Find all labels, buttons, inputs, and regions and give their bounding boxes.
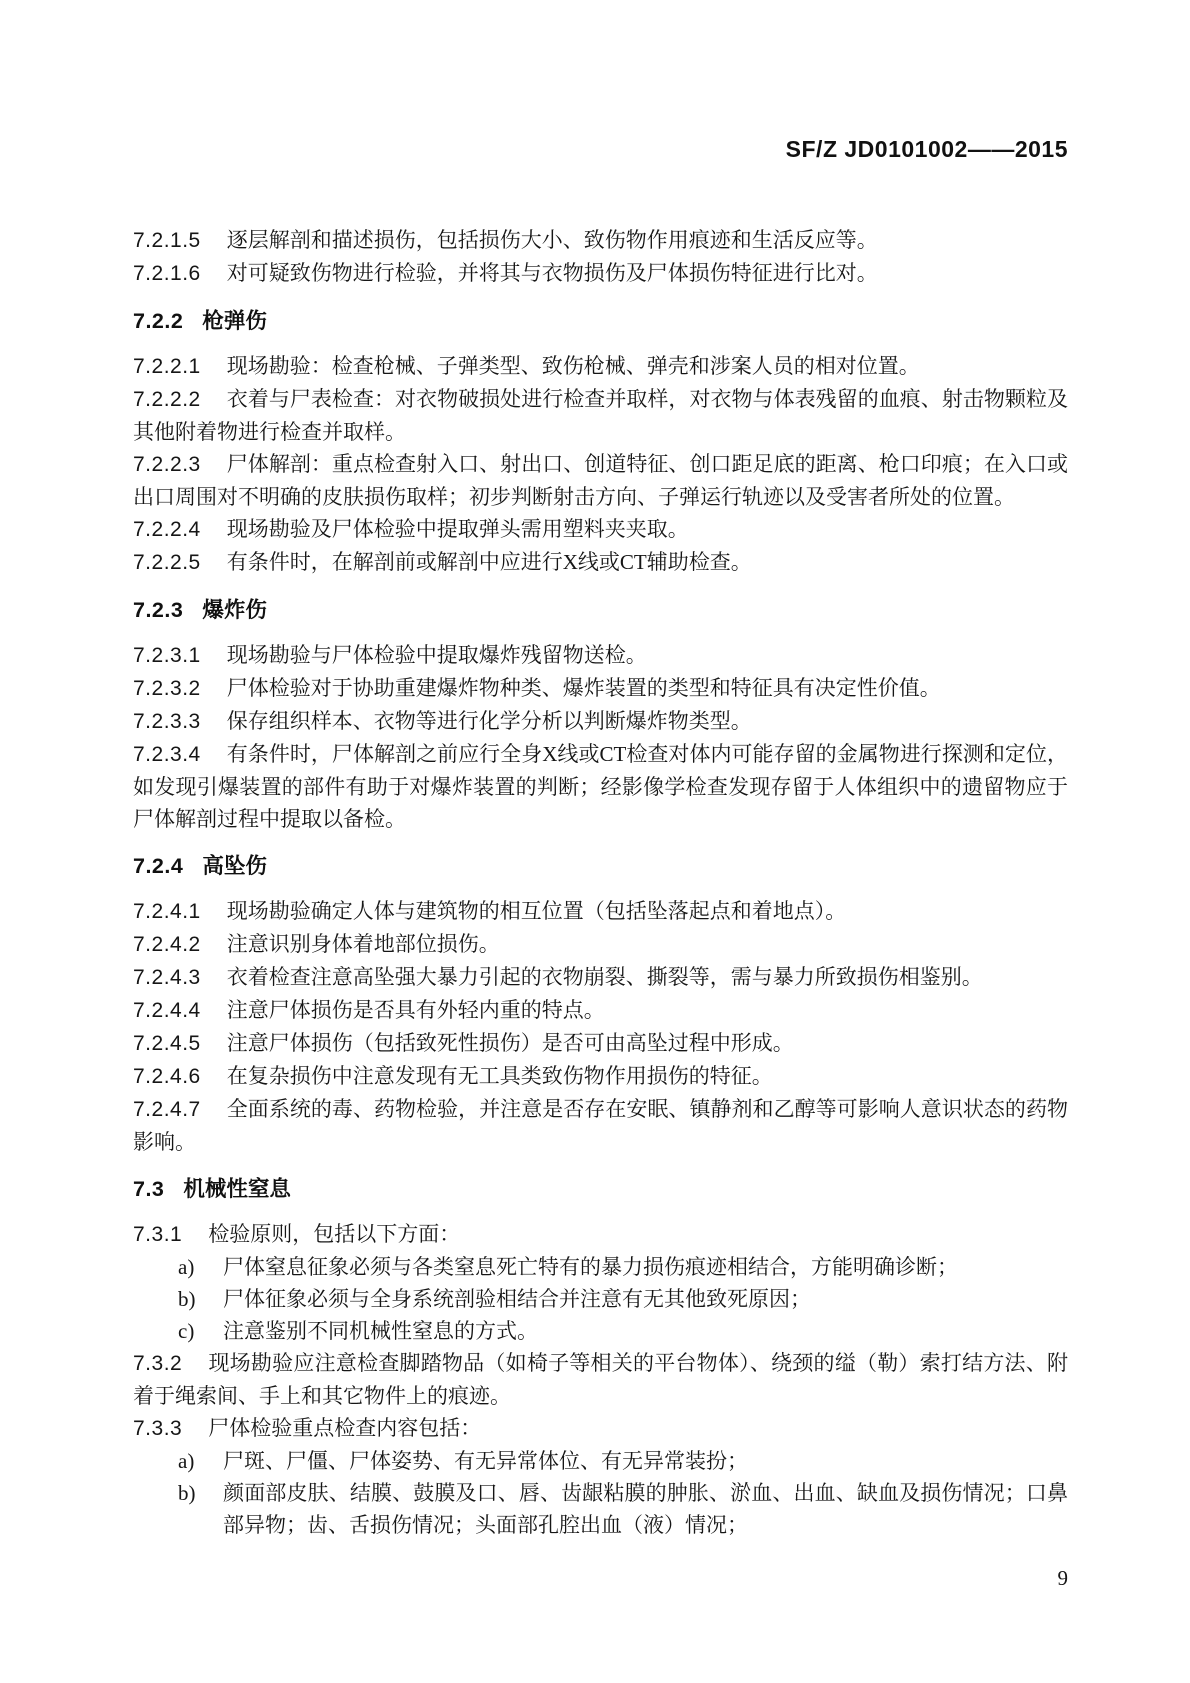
- list-item: b)颜面部皮肤、结膜、鼓膜及口、唇、齿龈粘膜的肿胀、淤血、出血、缺血及损伤情况；…: [133, 1477, 1068, 1541]
- clause-number: 7.2.2.4: [133, 518, 201, 541]
- clause-paragraph: 7.2.4.2注意识别身体着地部位损伤。: [133, 928, 1068, 961]
- clause-number: 7.3.1: [133, 1223, 182, 1246]
- list-item: c)注意鉴别不同机械性窒息的方式。: [133, 1315, 1068, 1347]
- clause-paragraph: 7.2.1.6对可疑致伤物进行检验，并将其与衣物损伤及尸体损伤特征进行比对。: [133, 257, 1068, 290]
- list-item: a)尸体窒息征象必须与各类窒息死亡特有的暴力损伤痕迹相结合，方能明确诊断；: [133, 1251, 1068, 1283]
- clause-number: 7.2.4.2: [133, 933, 201, 956]
- heading-number: 7.2.2: [133, 309, 183, 333]
- clause-number: 7.2.4.5: [133, 1032, 201, 1055]
- clause-number: 7.3.2: [133, 1352, 182, 1375]
- list-item: b)尸体征象必须与全身系统剖验相结合并注意有无其他致死原因；: [133, 1283, 1068, 1315]
- clause-text: 在复杂损伤中注意发现有无工具类致伤物作用损伤的特征。: [227, 1064, 773, 1088]
- clause-paragraph: 7.2.2.2衣着与尸表检查：对衣物破损处进行检查并取样，对衣物与体表残留的血痕…: [133, 383, 1068, 448]
- clause-paragraph: 7.2.2.3尸体解剖：重点检查射入口、射出口、创道特征、创口距足底的距离、枪口…: [133, 448, 1068, 513]
- document-page: SF/Z JD0101002——2015 7.2.1.5逐层解剖和描述损伤，包括…: [0, 0, 1190, 1683]
- list-item-text: 尸体征象必须与全身系统剖验相结合并注意有无其他致死原因；: [223, 1287, 811, 1311]
- clause-text: 检验原则，包括以下方面：: [208, 1222, 460, 1246]
- clause-number: 7.2.3.2: [133, 677, 201, 700]
- clause-text: 现场勘验应注意检查脚踏物品（如椅子等相关的平台物体）、绕颈的缢（勒）索打结方法、…: [133, 1351, 1068, 1408]
- heading-title: 机械性窒息: [183, 1177, 291, 1201]
- clause-number: 7.2.4.4: [133, 999, 201, 1022]
- clause-paragraph: 7.2.1.5逐层解剖和描述损伤，包括损伤大小、致伤物作用痕迹和生活反应等。: [133, 224, 1068, 257]
- list-item-marker: c): [178, 1315, 223, 1347]
- list-item-text: 尸斑、尸僵、尸体姿势、有无异常体位、有无异常装扮；: [223, 1449, 748, 1473]
- heading-title: 高坠伤: [202, 854, 267, 878]
- clause-paragraph: 7.2.3.2尸体检验对于协助重建爆炸物种类、爆炸装置的类型和特征具有决定性价值…: [133, 672, 1068, 705]
- running-header-standard-number: SF/Z JD0101002——2015: [133, 136, 1068, 163]
- clause-paragraph: 7.2.4.7全面系统的毒、药物检验，并注意是否存在安眠、镇静剂和乙醇等可影响人…: [133, 1093, 1068, 1158]
- clause-text: 注意尸体损伤是否具有外轻内重的特点。: [227, 998, 605, 1022]
- clause-text: 有条件时，尸体解剖之前应行全身X线或CT检查对体内可能存留的金属物进行探测和定位…: [133, 742, 1068, 831]
- clause-number: 7.2.2.3: [133, 453, 201, 476]
- clause-paragraph: 7.3.2现场勘验应注意检查脚踏物品（如椅子等相关的平台物体）、绕颈的缢（勒）索…: [133, 1347, 1068, 1412]
- clause-text: 对可疑致伤物进行检验，并将其与衣物损伤及尸体损伤特征进行比对。: [227, 261, 878, 285]
- list-item-text: 注意鉴别不同机械性窒息的方式。: [223, 1319, 538, 1343]
- clause-text: 现场勘验：检查枪械、子弹类型、致伤枪械、弹壳和涉案人员的相对位置。: [227, 354, 920, 378]
- clause-paragraph: 7.2.4.1现场勘验确定人体与建筑物的相互位置（包括坠落起点和着地点）。: [133, 895, 1068, 928]
- heading-number: 7.2.4: [133, 854, 183, 878]
- clause-number: 7.2.1.5: [133, 229, 201, 252]
- clause-number: 7.2.3.1: [133, 644, 201, 667]
- clause-number: 7.2.4.6: [133, 1065, 201, 1088]
- list-item-text: 颜面部皮肤、结膜、鼓膜及口、唇、齿龈粘膜的肿胀、淤血、出血、缺血及损伤情况；口鼻…: [223, 1481, 1068, 1537]
- heading-title: 枪弹伤: [202, 309, 267, 333]
- clause-text: 现场勘验与尸体检验中提取爆炸残留物送检。: [227, 643, 647, 667]
- clause-number: 7.2.4.1: [133, 900, 201, 923]
- clause-number: 7.2.2.1: [133, 355, 201, 378]
- section-heading: 7.2.4高坠伤: [133, 850, 1068, 882]
- clause-text: 注意尸体损伤（包括致死性损伤）是否可由高坠过程中形成。: [227, 1031, 794, 1055]
- clause-number: 7.2.4.7: [133, 1098, 201, 1121]
- clause-text: 保存组织样本、衣物等进行化学分析以判断爆炸物类型。: [227, 709, 752, 733]
- list-item-marker: a): [178, 1251, 223, 1283]
- clause-paragraph: 7.2.4.4注意尸体损伤是否具有外轻内重的特点。: [133, 994, 1068, 1027]
- heading-number: 7.3: [133, 1177, 164, 1201]
- clause-text: 逐层解剖和描述损伤，包括损伤大小、致伤物作用痕迹和生活反应等。: [227, 228, 878, 252]
- clause-paragraph: 7.2.2.1现场勘验：检查枪械、子弹类型、致伤枪械、弹壳和涉案人员的相对位置。: [133, 350, 1068, 383]
- heading-title: 爆炸伤: [202, 598, 267, 622]
- section-heading: 7.3机械性窒息: [133, 1173, 1068, 1205]
- section-heading: 7.2.3爆炸伤: [133, 594, 1068, 626]
- clause-paragraph: 7.3.1检验原则，包括以下方面：: [133, 1218, 1068, 1251]
- clause-number: 7.2.2.5: [133, 551, 201, 574]
- list-item-marker: b): [178, 1477, 223, 1509]
- clause-text: 有条件时，在解剖前或解剖中应进行X线或CT辅助检查。: [227, 550, 752, 574]
- clause-text: 尸体解剖：重点检查射入口、射出口、创道特征、创口距足底的距离、枪口印痕；在入口或…: [133, 452, 1068, 509]
- clause-paragraph: 7.2.3.3保存组织样本、衣物等进行化学分析以判断爆炸物类型。: [133, 705, 1068, 738]
- clause-number: 7.2.3.3: [133, 710, 201, 733]
- clause-paragraph: 7.2.2.4现场勘验及尸体检验中提取弹头需用塑料夹夹取。: [133, 513, 1068, 546]
- clause-number: 7.2.3.4: [133, 743, 201, 766]
- list-item-text: 尸体窒息征象必须与各类窒息死亡特有的暴力损伤痕迹相结合，方能明确诊断；: [223, 1255, 958, 1279]
- clause-text: 衣着检查注意高坠强大暴力引起的衣物崩裂、撕裂等，需与暴力所致损伤相鉴别。: [227, 965, 983, 989]
- clause-number: 7.3.3: [133, 1417, 182, 1440]
- clause-number: 7.2.2.2: [133, 388, 201, 411]
- clause-paragraph: 7.2.3.1现场勘验与尸体检验中提取爆炸残留物送检。: [133, 639, 1068, 672]
- clause-text: 全面系统的毒、药物检验，并注意是否存在安眠、镇静剂和乙醇等可影响人意识状态的药物…: [133, 1097, 1068, 1154]
- clause-paragraph: 7.3.3尸体检验重点检查内容包括：: [133, 1412, 1068, 1445]
- clause-text: 尸体检验对于协助重建爆炸物种类、爆炸装置的类型和特征具有决定性价值。: [227, 676, 941, 700]
- clause-paragraph: 7.2.4.6在复杂损伤中注意发现有无工具类致伤物作用损伤的特征。: [133, 1060, 1068, 1093]
- clause-text: 现场勘验及尸体检验中提取弹头需用塑料夹夹取。: [227, 517, 689, 541]
- section-heading: 7.2.2枪弹伤: [133, 305, 1068, 337]
- clause-paragraph: 7.2.4.5注意尸体损伤（包括致死性损伤）是否可由高坠过程中形成。: [133, 1027, 1068, 1060]
- list-item-marker: b): [178, 1283, 223, 1315]
- clause-number: 7.2.1.6: [133, 262, 201, 285]
- clause-text: 尸体检验重点检查内容包括：: [208, 1416, 481, 1440]
- clause-paragraph: 7.2.2.5有条件时，在解剖前或解剖中应进行X线或CT辅助检查。: [133, 546, 1068, 579]
- clause-text: 衣着与尸表检查：对衣物破损处进行检查并取样，对衣物与体表残留的血痕、射击物颗粒及…: [133, 387, 1068, 444]
- clause-paragraph: 7.2.3.4有条件时，尸体解剖之前应行全身X线或CT检查对体内可能存留的金属物…: [133, 738, 1068, 835]
- clause-number: 7.2.4.3: [133, 966, 201, 989]
- document-body: 7.2.1.5逐层解剖和描述损伤，包括损伤大小、致伤物作用痕迹和生活反应等。7.…: [133, 224, 1068, 1541]
- page-number: 9: [133, 1566, 1068, 1591]
- clause-text: 现场勘验确定人体与建筑物的相互位置（包括坠落起点和着地点）。: [227, 899, 847, 923]
- list-item: a)尸斑、尸僵、尸体姿势、有无异常体位、有无异常装扮；: [133, 1445, 1068, 1477]
- list-item-marker: a): [178, 1445, 223, 1477]
- heading-number: 7.2.3: [133, 598, 183, 622]
- clause-text: 注意识别身体着地部位损伤。: [227, 932, 500, 956]
- clause-paragraph: 7.2.4.3衣着检查注意高坠强大暴力引起的衣物崩裂、撕裂等，需与暴力所致损伤相…: [133, 961, 1068, 994]
